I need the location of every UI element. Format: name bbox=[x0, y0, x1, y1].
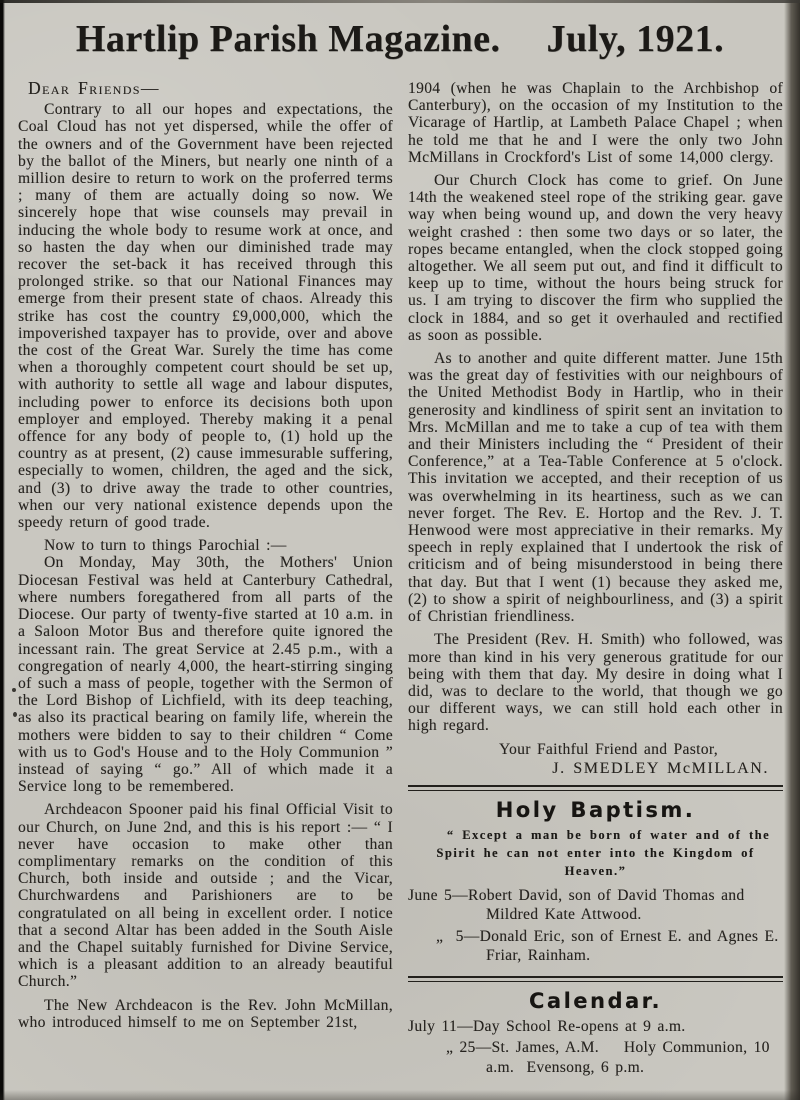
baptism-entry-date: June 5— bbox=[408, 887, 468, 904]
masthead: Hartlip Parish Magazine. July, 1921. bbox=[0, 0, 800, 60]
calendar-entry-date: July 11— bbox=[408, 1018, 473, 1035]
section-divider bbox=[408, 976, 783, 982]
issue-date: July, 1921. bbox=[547, 18, 725, 60]
ink-speck bbox=[12, 688, 16, 692]
baptism-entry-text: Donald Eric, son of Ernest E. and Agnes … bbox=[480, 928, 779, 965]
right-column: 1904 (when he was Chaplain to the Archbi… bbox=[408, 80, 783, 1079]
calendar-entry-date: „ 25— bbox=[446, 1039, 492, 1056]
scan-edge-left bbox=[0, 0, 5, 1100]
paragraph-new-archdeacon: The New Archdeacon is the Rev. John McMi… bbox=[18, 997, 393, 1031]
baptism-heading: Holy Baptism. bbox=[408, 798, 783, 822]
section-divider bbox=[408, 785, 783, 791]
calendar-list: July 11—Day School Re-opens at 9 a.m. „ … bbox=[408, 1017, 783, 1078]
scan-edge-right bbox=[784, 0, 800, 1100]
calendar-entry: „ 25—St. James, A.M. Holy Communion, 10 … bbox=[408, 1038, 783, 1077]
two-column-body: Dear Friends— Contrary to all our hopes … bbox=[0, 60, 800, 1079]
scan-edge-bottom bbox=[0, 1090, 800, 1100]
salutation: Dear Friends— bbox=[18, 80, 393, 97]
signature: J. SMEDLEY McMILLAN. bbox=[408, 760, 783, 777]
calendar-entry-text: St. James, A.M. Holy Communion, 10 a.m. … bbox=[486, 1039, 770, 1076]
paragraph-archdeacon-visit: Archdeacon Spooner paid his final Offici… bbox=[18, 801, 393, 990]
baptism-scripture-quote: “ Except a man be born of water and of t… bbox=[408, 826, 783, 880]
calendar-entry-text: Day School Re-opens at 9 a.m. bbox=[473, 1018, 686, 1035]
magazine-title: Hartlip Parish Magazine. bbox=[76, 18, 501, 60]
baptism-entry: „ 5—Donald Eric, son of Ernest E. and Ag… bbox=[408, 927, 783, 966]
paragraph-coal-strike: Contrary to all our hopes and expectatio… bbox=[18, 101, 393, 531]
paragraph-president-reply: The President (Rev. H. Smith) who follow… bbox=[408, 631, 783, 734]
valediction: Your Faithful Friend and Pastor, bbox=[408, 741, 783, 758]
paragraph-methodist-tea: As to another and quite different matter… bbox=[408, 350, 783, 625]
left-column: Dear Friends— Contrary to all our hopes … bbox=[18, 80, 393, 1079]
baptism-entry-date: „ 5— bbox=[436, 928, 480, 945]
calendar-entry: July 11—Day School Re-opens at 9 a.m. bbox=[408, 1017, 783, 1037]
scanned-magazine-page: Hartlip Parish Magazine. July, 1921. Dea… bbox=[0, 0, 800, 1100]
baptism-entry-text: Robert David, son of David Thomas and Mi… bbox=[468, 887, 745, 924]
scan-edge-top bbox=[0, 0, 800, 3]
ink-speck bbox=[566, 667, 569, 670]
paragraph-parochial-lead: Now to turn to things Parochial :— bbox=[18, 537, 393, 554]
paragraph-mothers-union: On Monday, May 30th, the Mothers' Union … bbox=[18, 554, 393, 795]
paragraph-church-clock: Our Church Clock has come to grief. On J… bbox=[408, 172, 783, 344]
paragraph-1904-continuation: 1904 (when he was Chaplain to the Archbi… bbox=[408, 80, 783, 166]
baptism-entry: June 5—Robert David, son of David Thomas… bbox=[408, 886, 783, 925]
ink-speck bbox=[13, 712, 17, 717]
calendar-heading: Calendar. bbox=[408, 989, 783, 1013]
